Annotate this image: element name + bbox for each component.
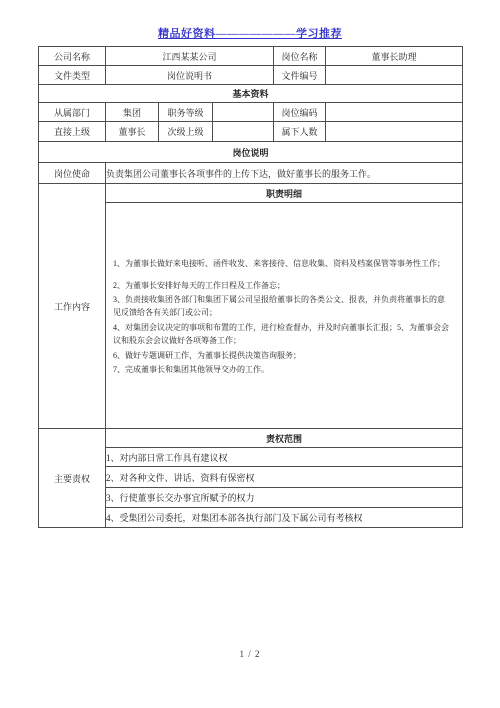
section-header-job-description: 岗位说明 <box>39 142 463 163</box>
mission-label: 岗位使命 <box>39 163 106 184</box>
subordinates-value <box>326 122 463 142</box>
duty-detail-header: 职责明细 <box>106 184 463 203</box>
subordinates-label: 属下人数 <box>274 122 326 142</box>
authority-scope-header: 责权范围 <box>106 429 463 448</box>
duty-item: 1、为董事长做好来电接听、函件收发、来客接待、信息收集、资料及档案保管等事务性工… <box>113 258 450 271</box>
duty-items-cell: 1、为董事长做好来电接听、函件收发、来客接待、信息收集、资料及档案保管等事务性工… <box>106 203 463 429</box>
direct-superior-value: 董事长 <box>106 122 159 142</box>
table-row: 基本资料 <box>39 85 463 103</box>
authority-item: 1、对内部日常工作具有建议权 <box>106 448 463 467</box>
department-label: 从属部门 <box>39 103 106 122</box>
job-description-table: 公司名称 江西某某公司 岗位名称 董事长助理 文件类型 岗位说明书 文件编号 基… <box>38 46 463 528</box>
doc-number-value <box>326 66 463 85</box>
duty-item: 2、为董事长安排好每天的工作日程及工作备忘； <box>113 280 450 293</box>
duty-item: 4、对集团会议决定的事项和布置的工作，进行检查督办，并及时向董事长汇报；5、为董… <box>113 322 450 348</box>
duty-item: 3、负责接收集团各部门和集团下属公司呈报给董事长的各类公文、报表，并负责将董事长… <box>113 294 450 320</box>
page-number: 1 / 2 <box>0 649 500 659</box>
table-row: 主要责权 责权范围 <box>39 429 463 448</box>
document-page: 精品好资料———————学习推荐 公司名称 江西某某公司 岗位名称 董事长助理 … <box>0 0 500 708</box>
doc-number-label: 文件编号 <box>274 66 326 85</box>
table-row: 文件类型 岗位说明书 文件编号 <box>39 66 463 85</box>
position-name-value: 董事长助理 <box>326 47 463 66</box>
work-content-label: 工作内容 <box>39 184 106 429</box>
department-value: 集团 <box>106 103 159 122</box>
table-row: 岗位使命 负责集团公司董事长各项事件的上传下达，做好董事长的服务工作。 <box>39 163 463 184</box>
table-row: 公司名称 江西某某公司 岗位名称 董事长助理 <box>39 47 463 66</box>
position-code-value <box>326 103 463 122</box>
table-row: 工作内容 职责明细 <box>39 184 463 203</box>
main-authority-label: 主要责权 <box>39 429 106 528</box>
duty-item: 7、完成董事长和集团其他领导交办的工作。 <box>113 364 450 377</box>
secondary-superior-label: 次级上级 <box>159 122 213 142</box>
direct-superior-label: 直接上级 <box>39 122 106 142</box>
promo-link[interactable]: 精品好资料———————学习推荐 <box>0 25 500 41</box>
doc-type-label: 文件类型 <box>39 66 106 85</box>
authority-item: 3、行使董事长交办事宜所赋予的权力 <box>106 488 463 508</box>
table-row: 从属部门 集团 职务等级 岗位编码 <box>39 103 463 122</box>
secondary-superior-value <box>213 122 274 142</box>
duty-item: 6、做好专题调研工作，为董事长提供决策咨询服务； <box>113 350 450 363</box>
position-code-label: 岗位编码 <box>274 103 326 122</box>
authority-item: 4、受集团公司委托，对集团本部各执行部门及下属公司有考核权 <box>106 508 463 528</box>
company-name-label: 公司名称 <box>39 47 106 66</box>
mission-text: 负责集团公司董事长各项事件的上传下达，做好董事长的服务工作。 <box>106 163 463 184</box>
section-header-basic-info: 基本资料 <box>39 85 463 103</box>
position-name-label: 岗位名称 <box>274 47 326 66</box>
job-grade-label: 职务等级 <box>159 103 213 122</box>
authority-item: 2、对各种文件、讲话、资料有保密权 <box>106 467 463 488</box>
doc-type-value: 岗位说明书 <box>106 66 274 85</box>
duty-items-list: 1、为董事长做好来电接听、函件收发、来客接待、信息收集、资料及档案保管等事务性工… <box>106 252 462 377</box>
table-row: 岗位说明 <box>39 142 463 163</box>
company-name-value: 江西某某公司 <box>106 47 274 66</box>
table-row: 直接上级 董事长 次级上级 属下人数 <box>39 122 463 142</box>
job-grade-value <box>213 103 274 122</box>
